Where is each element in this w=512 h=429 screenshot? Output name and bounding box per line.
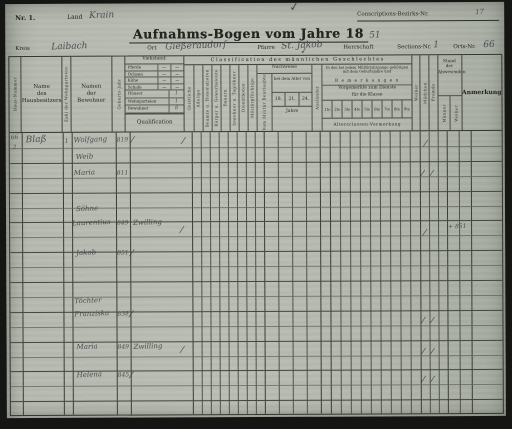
class-column-label: Inwohner u. Taglöhner [232,71,237,126]
entry-birth-year: 849 [117,343,129,350]
grid-column-line [228,132,230,414]
class-column-burghers: Bürger u. Gewerbsleute [211,65,220,131]
service-register-box: In den bei jedem Militärjahrgange gehöri… [322,64,412,130]
entry-birth-year: 811 [117,169,129,176]
classification-columns: Geistliche Adelige Beamte u. Honoratiore… [184,64,411,131]
livestock-value: — [170,64,183,70]
grid-column-line [306,132,308,414]
entry-birth-year: 851 [117,249,129,256]
absentees-men-column: Männer [438,96,449,130]
class-column-farmers: Bauern [220,65,229,131]
age-24: 24. [298,93,312,106]
class-column-label: Militärpflichtige [250,78,255,118]
entry-relation-label: Weib [76,152,94,161]
grid-column-line [192,132,194,414]
age-values: 18. 21. 24. [272,92,312,107]
livestock-title: Viehstand: [126,56,184,64]
foreigners-label: Ausländer [315,86,320,110]
grid-column-line [219,132,221,414]
grid-column-line [400,131,402,413]
grid-column-line [255,132,257,414]
tick-mark: ∕ [181,137,185,146]
livestock-label: Ochsen [126,71,158,77]
evidence-side-label: Vom Militär Beurlaubte [262,74,267,131]
grid-column-line [410,131,412,413]
land-label: Land [67,14,82,21]
table-body: 66 2 Lorenz Blaß 1 Wolfgang 819 ∕ ∕ ∕ We… [10,131,503,415]
grid-column-line [320,132,322,414]
class-column-label: Bürger u. Gewerbsleute [214,69,219,127]
herrschaft-label: Herrschaft [343,44,373,50]
class-5: 5te [362,100,372,117]
livestock-value: — [157,84,170,90]
entry-resident-name: Wolfgang [74,135,108,144]
ort-value: Gießeraudorf [165,40,226,52]
entry-birth-year: 849 [117,219,129,226]
class-7: 7te [382,100,392,117]
evidence-age-columns: bei dem Alter von 18. 21. 24. Jahre [271,74,312,131]
grid-column-line [330,132,332,414]
pfarre-value: St. Jakob [281,40,322,52]
grid-column-line [63,133,65,415]
scanned-census-form: { "top": { "nr": "Nr. 1.", "land_label":… [0,0,512,429]
livestock-value: — [170,77,183,83]
entry-parties-count: 1 [65,138,69,145]
livestock-label: Schafe [126,84,158,90]
class-column-officials: Beamte u. Honoratioren [202,65,211,131]
class-column-label: Dienstboten [241,84,246,113]
evidence-box: Nachweise Vom Militär Beurlaubte bei dem… [256,65,312,131]
section-value: 1 [433,40,439,50]
absentees-title: Stand der Abwesenden [438,55,461,95]
entry-house-number: 66 [11,134,19,141]
column-birth-year: Geburts-Jahr [111,57,125,132]
count-label: Häuser [126,90,169,97]
evidence-side-column: Vom Militär Beurlaubte [257,74,271,131]
wives-label: Weiber [414,84,419,101]
column-residents: Namen der Bewohner [70,57,112,132]
grid-column-line [210,132,212,414]
entry-group-label: Söhne [76,204,98,213]
absentees-subcolumns: Männer Weiber [438,95,461,130]
grid-column-line [447,131,449,413]
column-house-owner: Name des Hausbesitzers [21,57,62,132]
grid-column-line [340,132,342,414]
class-8: 8te [392,100,402,117]
count-value: 1 [168,98,183,105]
class-column-label: Bauern [223,90,228,107]
column-remarks: Anmerkung [461,55,502,130]
ort-label: Ort [147,45,156,51]
census-table: Haus-Nummer Name des Hausbesitzers Zahl … [8,54,504,416]
grid-column-line [471,131,473,413]
livestock-value: — [170,71,183,77]
class-column-servants: Dienstboten [238,65,247,131]
qualification-label: Qualification [126,113,184,132]
class-column-label: Geistliche [186,86,191,110]
form-title-year: 51 [369,30,381,40]
entry-owner-last-name: Blaß [26,135,47,146]
section-label: Sections-Nr. [397,44,431,50]
class-column-label: Beamte u. Honoratioren [205,69,210,127]
form-title: Aufnahms-Bogen vom Jahre 18 [129,26,368,44]
house-number-label: Haus-Nummer [13,77,18,111]
orts-label: Orts-Nr. [453,44,476,50]
tick-mark: ∕ [430,348,434,357]
class-2: 2te [332,101,342,118]
grid-column-line [350,132,352,414]
paper-sheet: Nr. 1. Land Krain Conscriptions-Bezirks-… [5,2,506,418]
livestock-label: Pferde [126,64,158,70]
male-classification-block: Classification des männlichen Geschlecht… [183,55,411,131]
entry-birth-year: 845 [118,371,130,378]
tick-mark: ∕ [423,229,427,238]
foreigners-column: Ausländer [312,65,322,131]
grid-column-line [237,132,239,414]
column-strangers: Fremde [428,55,437,130]
class-column-nobility: Adelige [193,65,202,131]
grid-column-line [264,132,266,414]
grid-column-line [246,132,248,414]
service-register-caption: In den bei jedem Militärjahrgange gehöri… [323,64,412,77]
household-parties-label: Zahl der Wohnparteien [64,67,69,122]
grid-column-line [292,132,294,414]
age-class-register-caption: Altersclassen-Vormerkung [323,118,412,130]
class-column-military-liable: Militärpflichtige [247,65,256,131]
entry-death-note: + 851 [448,223,467,231]
kreis-label: Kreis [15,46,30,52]
class-column-lodgers: Inwohner u. Taglöhner [229,65,238,131]
entry-resident-name: Maria [76,342,97,351]
grid-column-line [22,133,24,415]
land-value: Krain [89,10,114,21]
class-4: 4te [352,101,362,118]
girls-label: Mädchen [422,82,427,104]
livestock-label: Kühe [126,77,158,83]
class-9: 9te [402,100,412,117]
age-caption: bei dem Alter von [272,74,312,92]
class-1: 1te [323,101,332,118]
class-column-label: Adelige [196,89,201,107]
column-girls: Mädchen [420,55,429,130]
tick-mark: ∕ [423,140,427,149]
tick-mark: ∕ [421,348,425,357]
class-6: 6te [372,100,382,117]
birth-year-label: Geburts-Jahr [116,79,121,110]
grid-column-line [278,132,280,414]
entry-resident-name: Franziska [74,309,109,318]
livestock-qualification-box: Viehstand: Pferde — — Ochsen — — Kühe — … [125,56,184,131]
tick-mark: ∕ [180,346,184,355]
livestock-value: — [157,64,170,70]
count-label: Wohnparteien [126,98,169,105]
absentees-box: Stand der Abwesenden Männer Weiber [437,55,461,130]
grid-column-line [438,131,440,413]
count-label: Bewohner [126,105,169,112]
class-column-clergy: Geistliche [184,65,193,131]
count-value: 8 [168,105,183,112]
class-3: 3te [342,101,352,118]
column-wives: Weiber [411,55,420,130]
entry-twin-note: Zwilling [133,342,162,351]
column-household-parties: Zahl der Wohnparteien [61,57,70,132]
count-value: 1 [168,90,183,97]
absentees-women-label: Weiber [453,105,458,122]
handwritten-checkmark: ✓ [288,0,301,16]
livestock-value: — [157,77,170,83]
livestock-value: — [170,84,183,90]
pfarre-label: Pfarre [257,45,275,51]
age-21: 21. [285,93,299,106]
years-caption: Jahre [272,107,312,131]
tick-mark: ∕ [179,226,183,235]
grid-column-line [459,131,461,413]
absentees-women-column: Weiber [449,96,461,130]
grid-column-line [380,131,382,413]
strangers-label: Fremde [431,84,436,102]
grid-column-line [130,133,132,415]
table-header: Haus-Nummer Name des Hausbesitzers Zahl … [9,55,501,133]
entry-birth-year: 819 [117,136,129,143]
absentees-men-label: Männer [441,104,446,122]
age-18: 18. [272,93,285,106]
entry-resident-name: Maria [74,168,95,177]
tick-mark: ∕ [429,170,433,179]
evidence-title: Nachweise [257,65,312,74]
grid-column-line [390,131,392,413]
conscription-district-value: 17 [475,8,484,16]
form-number: Nr. 1. [15,14,35,22]
tick-mark: ∕ [420,170,424,179]
class-number-columns: 1te 2te 3te 4te 5te 6te 7te 8te 9te [323,99,412,118]
grid-column-line [360,132,362,414]
kreis-value: Laibach [51,41,88,52]
livestock-value: — [157,71,170,77]
tick-mark: ∕ [130,136,134,145]
column-house-number: Haus-Nummer [9,57,21,132]
grid-column-line [201,132,203,414]
grid-column-line [370,131,372,413]
orts-value: 66 [483,40,495,50]
